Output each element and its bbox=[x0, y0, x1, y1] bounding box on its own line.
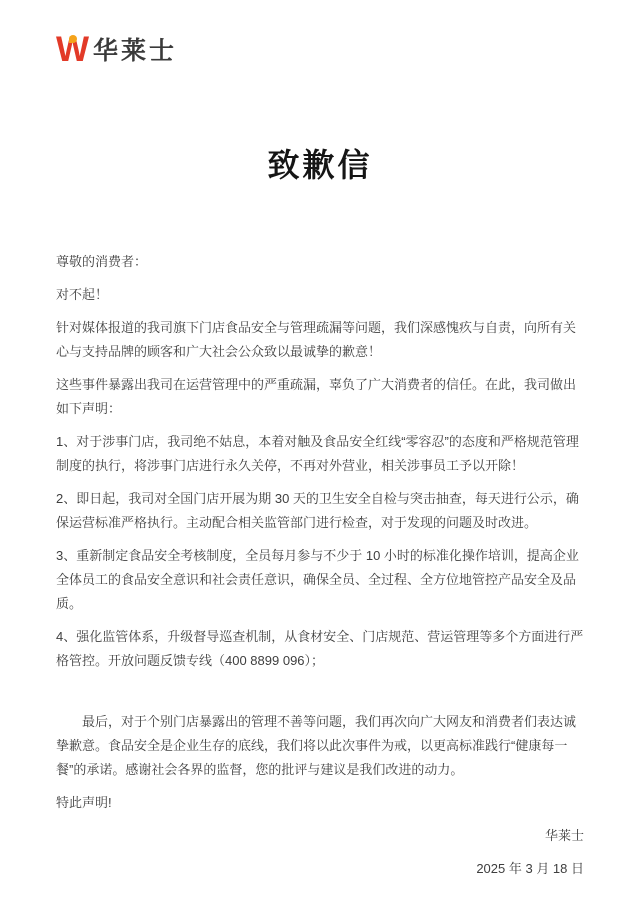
statement-lead-paragraph: 这些事件暴露出我司在运营管理中的严重疏漏，辜负了广大消费者的信任。在此，我司做出… bbox=[56, 373, 584, 421]
letter-title: 致歉信 bbox=[56, 140, 584, 186]
statement-item-1: 1、对于涉事门店，我司绝不姑息，本着对触及食品安全红线“零容忍”的态度和严格规范… bbox=[56, 430, 584, 478]
closing-paragraph: 最后，对于个别门店暴露出的管理不善等问题，我们再次向广大网友和消费者们表达诚挚歉… bbox=[56, 710, 584, 782]
signature: 华莱士 bbox=[56, 824, 584, 848]
brand-name: 华莱士 bbox=[93, 31, 177, 67]
statement-item-4: 4、强化监管体系，升级督导巡查机制，从食材安全、门店规范、营运管理等多个方面进行… bbox=[56, 625, 584, 673]
letter-body: 尊敬的消费者： 对不起！ 针对媒体报道的我司旗下门店食品安全与管理疏漏等问题，我… bbox=[56, 250, 584, 881]
wallace-w-logo-icon: W bbox=[56, 32, 88, 67]
letter-date: 2025 年 3 月 18 日 bbox=[56, 857, 584, 881]
statement-item-2: 2、即日起，我司对全国门店开展为期 30 天的卫生安全自检与突击抽查，每天进行公… bbox=[56, 487, 584, 535]
apology-line: 对不起！ bbox=[56, 283, 584, 307]
brand-logo: W 华莱士 bbox=[56, 30, 584, 68]
declaration-line: 特此声明! bbox=[56, 791, 584, 815]
apology-letter-page: W 华莱士 致歉信 尊敬的消费者： 对不起！ 针对媒体报道的我司旗下门店食品安全… bbox=[0, 0, 640, 900]
statement-item-3: 3、重新制定食品安全考核制度，全员每月参与不少于 10 小时的标准化操作培训，提… bbox=[56, 544, 584, 616]
signature-block: 华莱士 2025 年 3 月 18 日 bbox=[56, 824, 584, 881]
logo-flame-accent-icon bbox=[69, 35, 77, 43]
intro-paragraph: 针对媒体报道的我司旗下门店食品安全与管理疏漏等问题，我们深感愧疚与自责，向所有关… bbox=[56, 316, 584, 364]
salutation: 尊敬的消费者： bbox=[56, 250, 584, 274]
